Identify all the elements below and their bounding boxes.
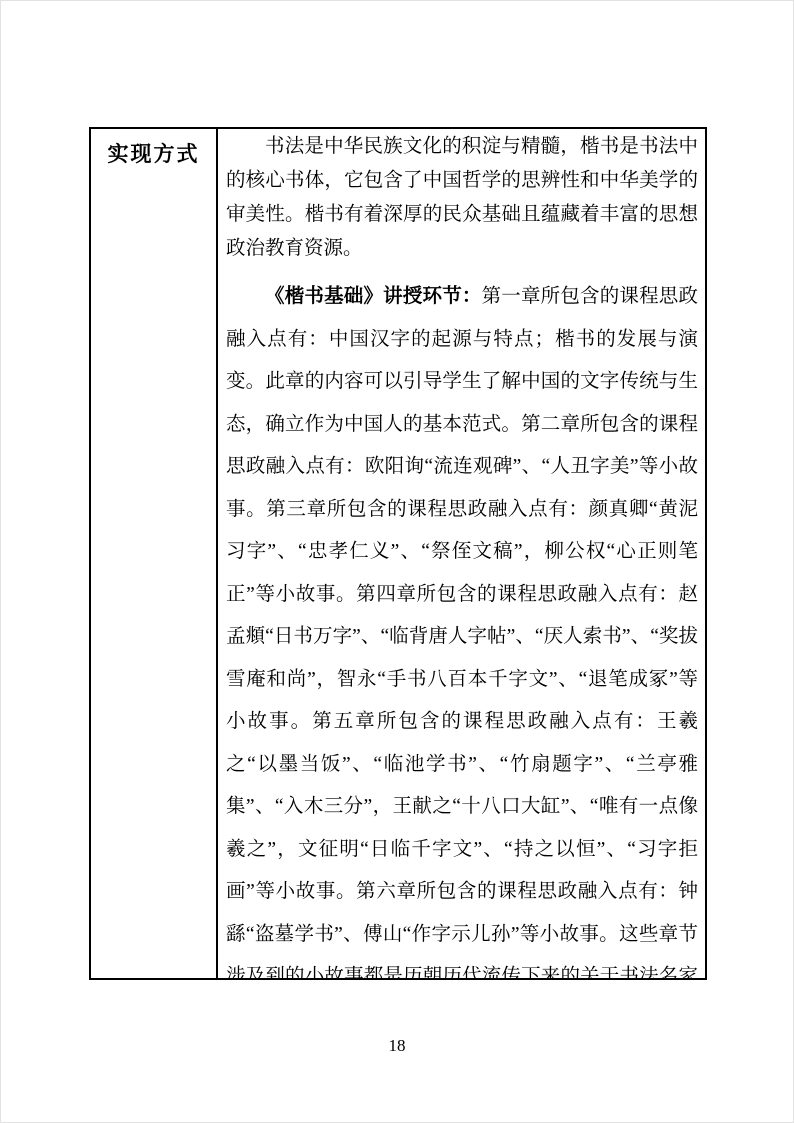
row-header-label: 实现方式 — [108, 143, 200, 166]
teaching-paragraph-body: 第一章所包含的课程思政融入点有：中国汉字的起源与特点；楷书的发展与演变。此章的内… — [226, 286, 698, 978]
table-row-header-cell: 实现方式 — [91, 129, 218, 978]
teaching-paragraph-heading: 《楷书基础》讲授环节： — [265, 285, 482, 307]
table-content-cell: 书法是中华民族文化的积淀与精髓，楷书是书法中的核心书体，它包含了中国哲学的思辨性… — [218, 129, 705, 978]
intro-paragraph: 书法是中华民族文化的积淀与精髓，楷书是书法中的核心书体，它包含了中国哲学的思辨性… — [226, 130, 698, 266]
document-page: 实现方式 书法是中华民族文化的积淀与精髓，楷书是书法中的核心书体，它包含了中国哲… — [0, 0, 794, 1123]
course-info-table: 实现方式 书法是中华民族文化的积淀与精髓，楷书是书法中的核心书体，它包含了中国哲… — [89, 127, 707, 980]
teaching-paragraph: 《楷书基础》讲授环节：第一章所包含的课程思政融入点有：中国汉字的起源与特点；楷书… — [226, 275, 698, 978]
page-number: 18 — [1, 1036, 793, 1056]
